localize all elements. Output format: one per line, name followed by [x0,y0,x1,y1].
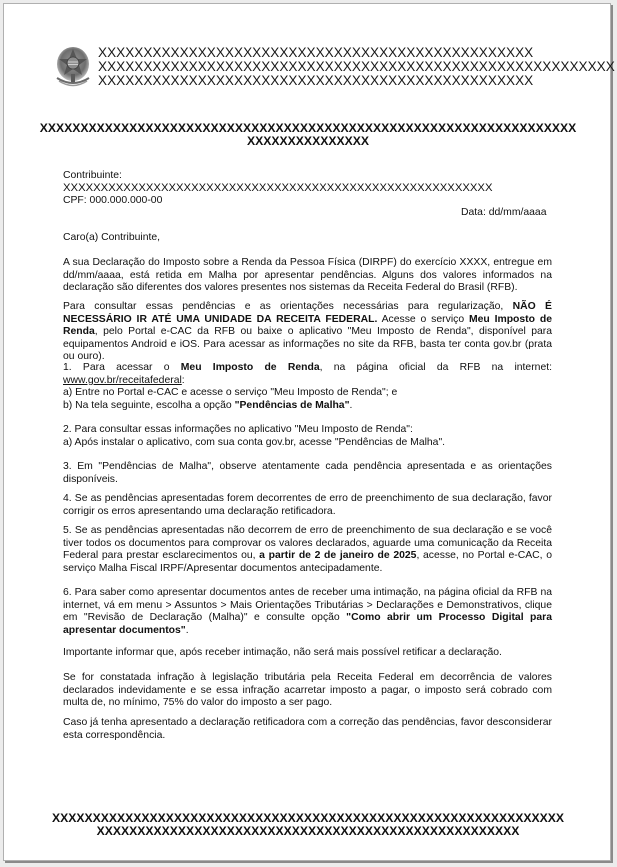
important-notice: Importante informar que, após receber in… [63,647,552,660]
header-line-2: XXXXXXXXXXXXXXXXXXXXXXXXXXXXXXXXXXXXXXXX… [98,60,615,74]
receita-federal-link[interactable]: www.gov.br/receitafederal [63,375,182,386]
footer-line-2: XXXXXXXXXXXXXXXXXXXXXXXXXXXXXXXXXXXXXXXX… [4,825,612,838]
item-1-sub-b-text: b) Na tela seguinte, escolha a opção [63,400,235,411]
item-3: 3. Em "Pendências de Malha", observe ate… [63,461,552,486]
item-1-service: Meu Imposto de Renda [181,362,320,373]
contributor-name: XXXXXXXXXXXXXXXXXXXXXXXXXXXXXXXXXXXXXXXX… [63,182,493,195]
consult-paragraph: Para consultar essas pendências e as ori… [63,301,552,364]
item-2-line-2: a) Após instalar o aplicativo, com sua c… [63,437,552,450]
coat-of-arms-icon [53,44,93,90]
item-1-sub-b: b) Na tela seguinte, escolha a opção "Pe… [63,400,552,413]
item-2-line-1: 2. Para consultar essas informações no a… [63,424,552,437]
consult-text-c: Acesse o serviço [377,314,469,325]
letter-date: Data: dd/mm/aaaa [461,207,546,220]
item-6-text-c: . [186,625,189,636]
document-title-line-2: XXXXXXXXXXXXXXX [4,135,612,148]
header-line-3: XXXXXXXXXXXXXXXXXXXXXXXXXXXXXXXXXXXXXXXX… [98,74,533,88]
item-5: 5. Se as pendências apresentadas não dec… [63,525,552,575]
document-page: XXXXXXXXXXXXXXXXXXXXXXXXXXXXXXXXXXXXXXXX… [3,3,611,861]
disregard-notice: Caso já tenha apresentado a declaração r… [63,717,552,742]
header-line-1: XXXXXXXXXXXXXXXXXXXXXXXXXXXXXXXXXXXXXXXX… [98,46,533,60]
consult-text-a: Para consultar essas pendências e as ori… [63,301,513,312]
consult-text-e: , pelo Portal e-CAC da RFB ou baixe o ap… [63,326,552,362]
intro-paragraph: A sua Declaração do Imposto sobre a Rend… [63,257,552,295]
item-1-intro: 1. Para acessar o Meu Imposto de Renda, … [63,362,552,375]
contributor-label: Contribuinte: [63,170,122,183]
greeting: Caro(a) Contribuinte, [63,232,160,245]
item-2: 2. Para consultar essas informações no a… [63,424,552,449]
item-6: 6. Para saber como apresentar documentos… [63,587,552,637]
item-4: 4. Se as pendências apresentadas forem d… [63,493,552,518]
item-1-sub-a: a) Entre no Portal e-CAC e acesse o serv… [63,387,552,400]
item-1-sub-b-suffix: . [350,400,353,411]
item-5-date: a partir de 2 de janeiro de 2025 [259,550,416,561]
item-1: 1. Para acessar o Meu Imposto de Renda, … [63,362,552,412]
item-1-sub-b-option: "Pendências de Malha" [235,400,350,411]
cpf-number: CPF: 000.000.000-00 [63,195,162,208]
item-1-text-c: , na página oficial da RFB na internet: [320,362,552,373]
item-1-text-a: 1. Para acessar o [63,362,181,373]
infraction-notice: Se for constatada infração à legislação … [63,672,552,710]
link-suffix: : [182,375,185,386]
